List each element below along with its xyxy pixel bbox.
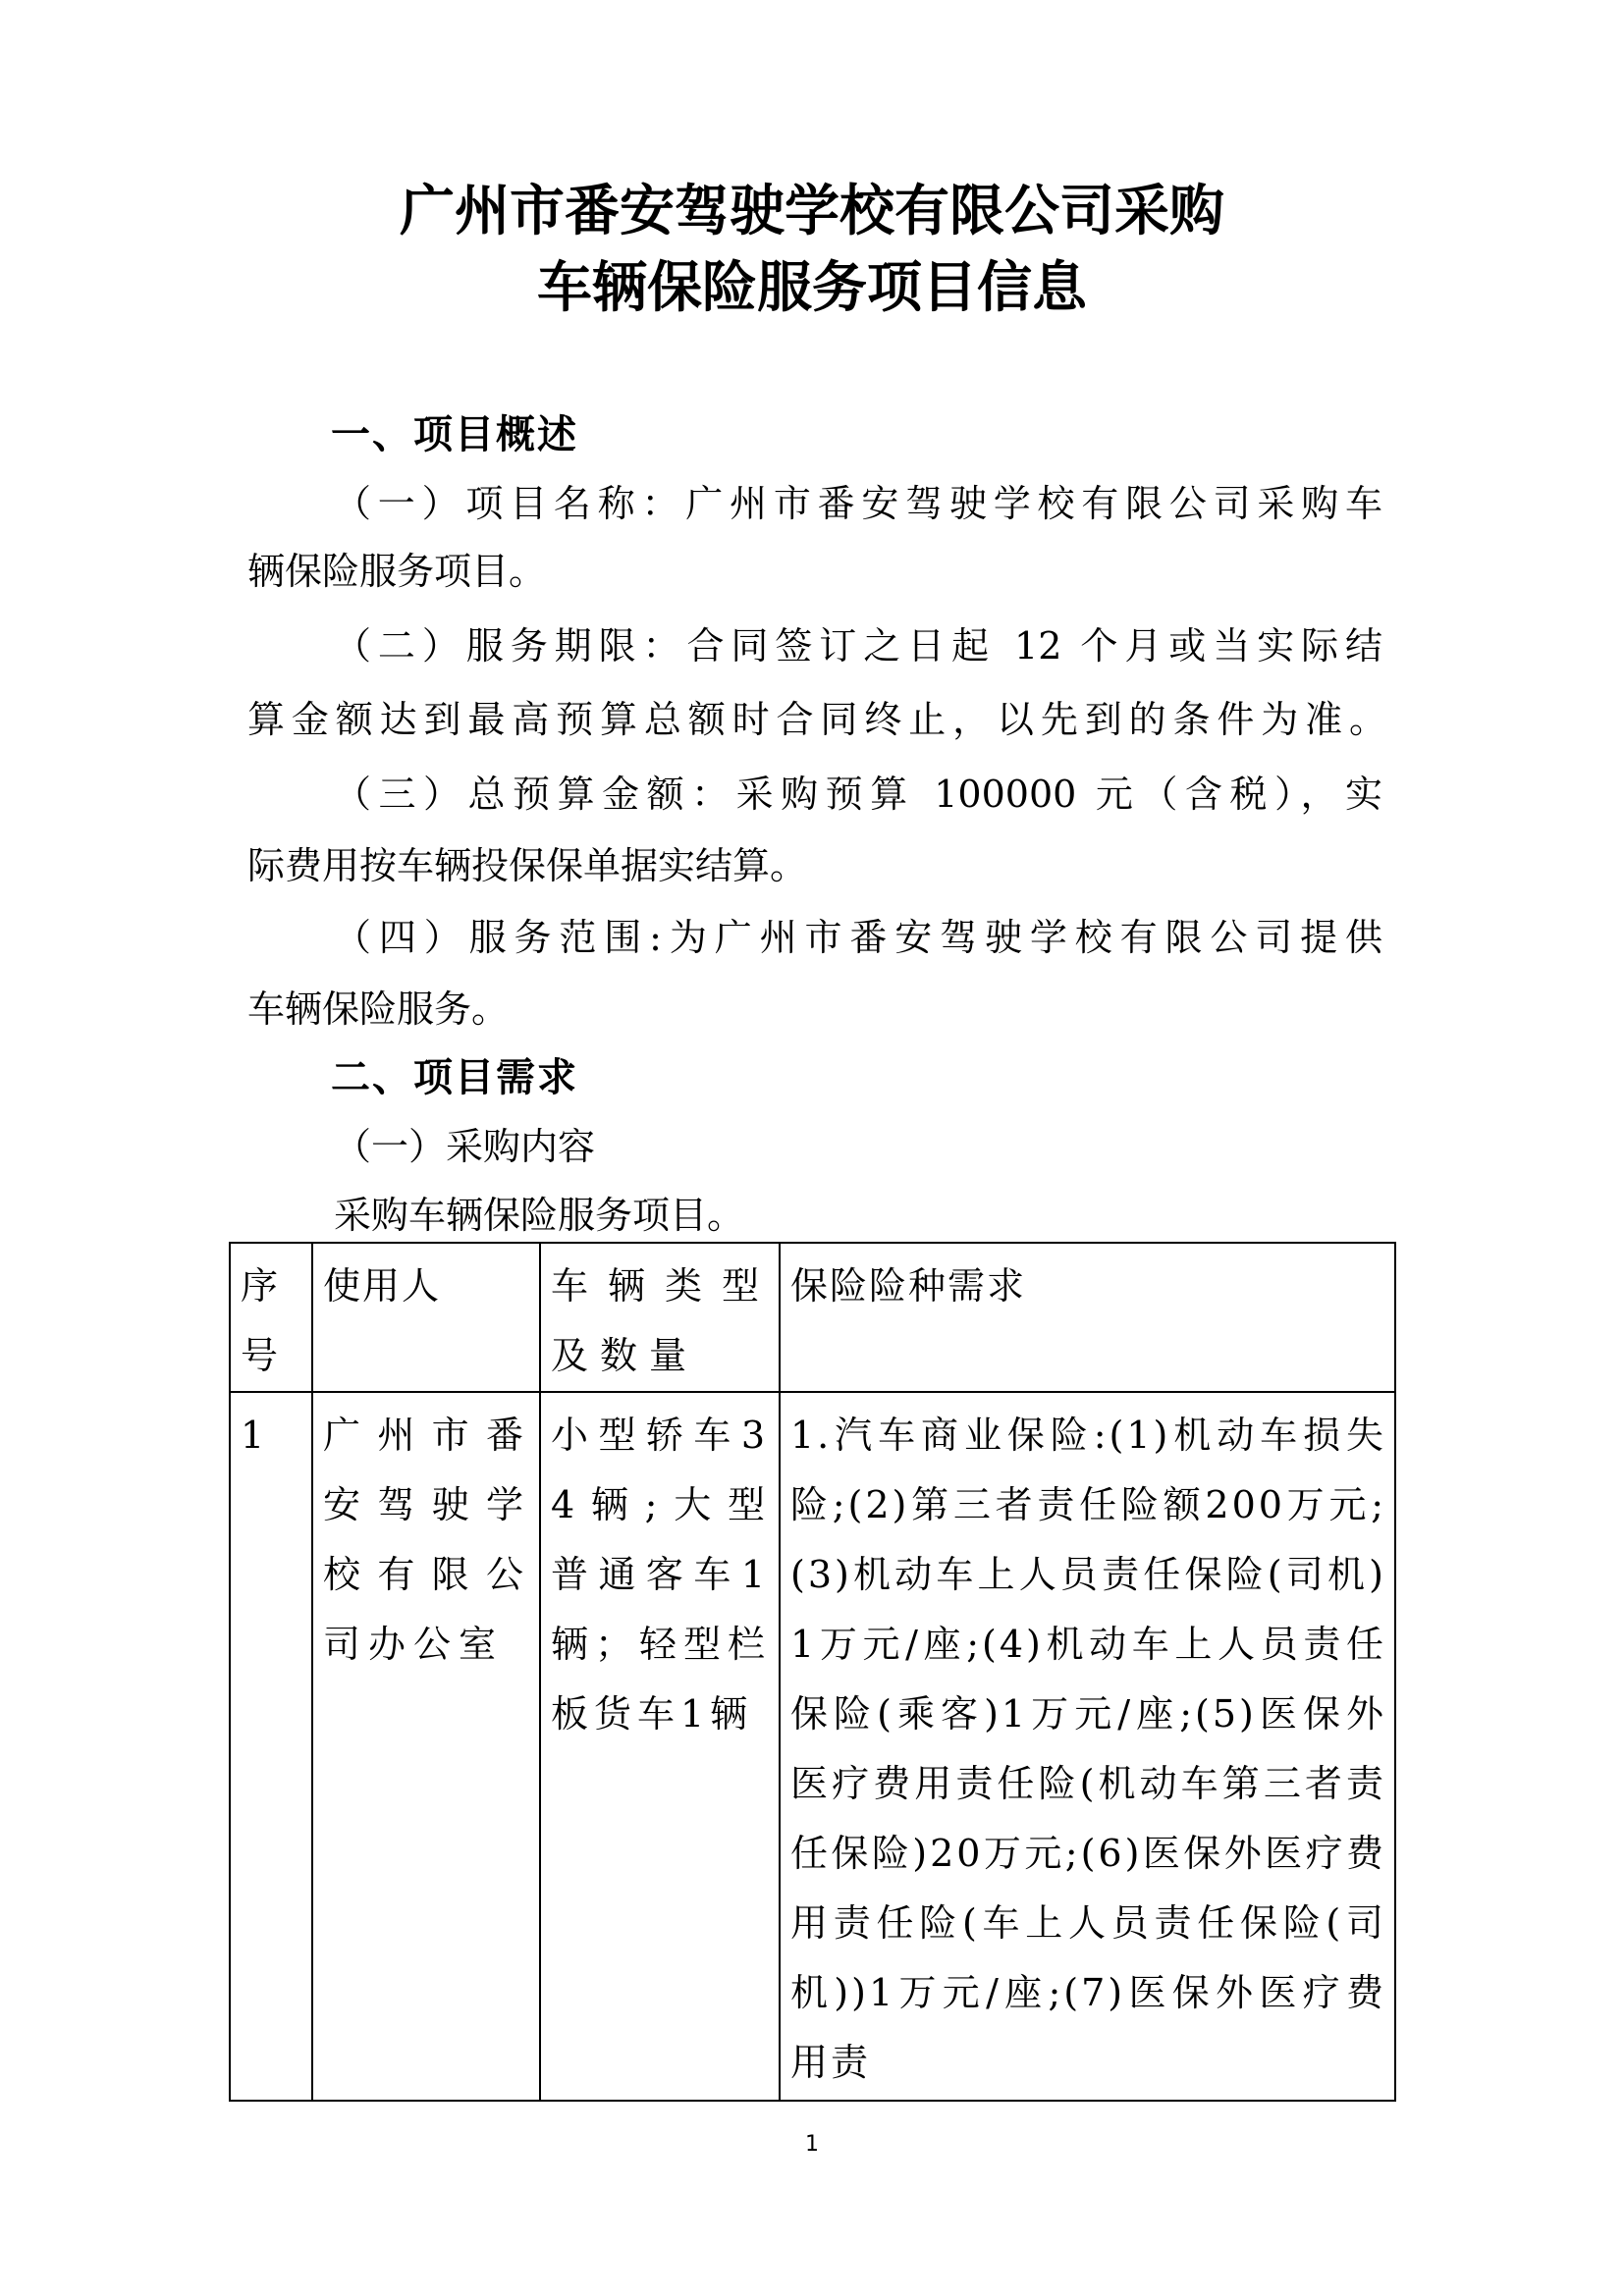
- header-user: 使用人: [312, 1243, 540, 1392]
- overview-item-1-line1: （一）项目名称：广州市番安驾驶学校有限公司采购车: [334, 479, 1382, 528]
- requirements-table: 序号 使用人 车辆类型及数量 保险险种需求 1 广州市番安驾驶学校有限公司办公室…: [229, 1242, 1396, 2102]
- overview-item-3-line1: （三）总预算金额：采购预算 100000 元（含税），实: [334, 770, 1382, 819]
- header-vehicles: 车辆类型及数量: [540, 1243, 780, 1392]
- header-insurance: 保险险种需求: [780, 1243, 1395, 1392]
- header-index: 序号: [230, 1243, 312, 1392]
- table-row: 1 广州市番安驾驶学校有限公司办公室 小型轿车34辆;大型普通客车1辆；轻型栏板…: [230, 1392, 1395, 2101]
- document-title-line1: 广州市番安驾驶学校有限公司采购: [0, 179, 1624, 243]
- overview-item-2-line2: 算金额达到最高预算总额时合同终止，以先到的条件为准。: [247, 695, 1386, 744]
- document-title-line2: 车辆保险服务项目信息: [0, 255, 1624, 320]
- section2-subheading: （一）采购内容: [334, 1122, 595, 1171]
- cell-insurance: 1.汽车商业保险:(1)机动车损失险;(2)第三者责任险额200万元;(3)机动…: [780, 1392, 1395, 2101]
- section1-heading: 一、项目概述: [331, 410, 578, 459]
- document-page: 广州市番安驾驶学校有限公司采购 车辆保险服务项目信息 一、项目概述 （一）项目名…: [0, 0, 1624, 2296]
- overview-item-3-line2: 际费用按车辆投保保单据实结算。: [247, 841, 807, 890]
- overview-item-4-line2: 车辆保险服务。: [247, 985, 509, 1034]
- section2-intro: 采购车辆保险服务项目。: [334, 1191, 744, 1240]
- overview-item-4-line1: （四）服务范围:为广州市番安驾驶学校有限公司提供: [334, 913, 1382, 962]
- page-number: 1: [0, 2132, 1624, 2157]
- section2-heading: 二、项目需求: [331, 1053, 578, 1102]
- overview-item-2-line1: （二）服务期限：合同签订之日起 12 个月或当实际结: [334, 621, 1382, 670]
- cell-index: 1: [230, 1392, 312, 2101]
- cell-vehicles: 小型轿车34辆;大型普通客车1辆；轻型栏板货车1辆: [540, 1392, 780, 2101]
- table-header-row: 序号 使用人 车辆类型及数量 保险险种需求: [230, 1243, 1395, 1392]
- overview-item-1-line2: 辆保险服务项目。: [247, 547, 546, 596]
- cell-user: 广州市番安驾驶学校有限公司办公室: [312, 1392, 540, 2101]
